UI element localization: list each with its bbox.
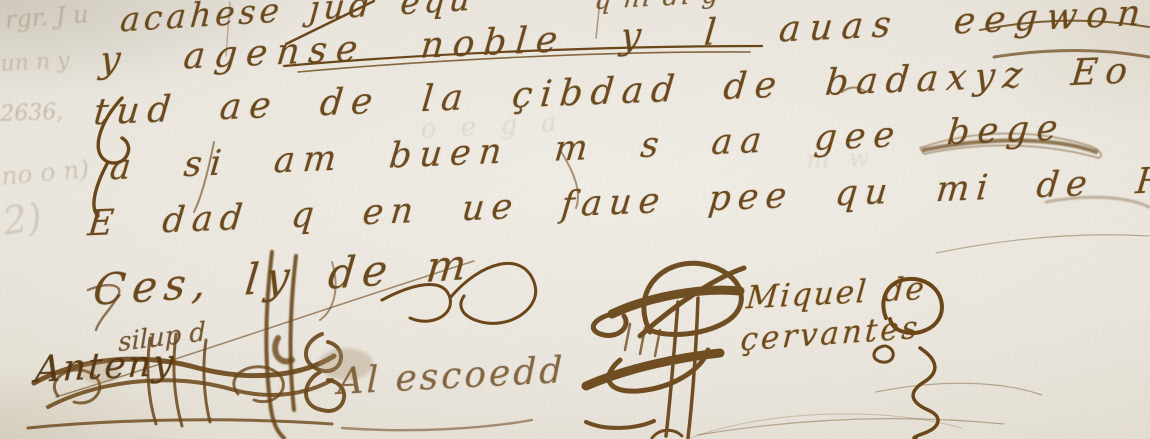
center-scrawl-underline bbox=[342, 420, 532, 430]
ghost-mark: un n y bbox=[0, 48, 70, 77]
signature-miguel-de-cervantes-line2: çervantes bbox=[739, 309, 921, 358]
ghost-mark: 2636, bbox=[0, 100, 64, 127]
ghost-mark: no o n) bbox=[0, 154, 90, 191]
manuscript-line-6: Ces, ly de m bbox=[91, 239, 476, 315]
signature-rubric bbox=[586, 263, 744, 438]
ghost-mark: 2) bbox=[0, 195, 45, 244]
signature-center-scrawl: Al escoedd bbox=[337, 350, 565, 403]
signature-miguel-de-cervantes-line1: Miquel de bbox=[745, 271, 928, 317]
ghost-mark: rgr. J u bbox=[4, 0, 89, 34]
signature-left-name: Anteny bbox=[34, 343, 176, 392]
manuscript-page: rgr. J u un n y 2636, no o n) 2) o e g a… bbox=[0, 0, 1150, 439]
